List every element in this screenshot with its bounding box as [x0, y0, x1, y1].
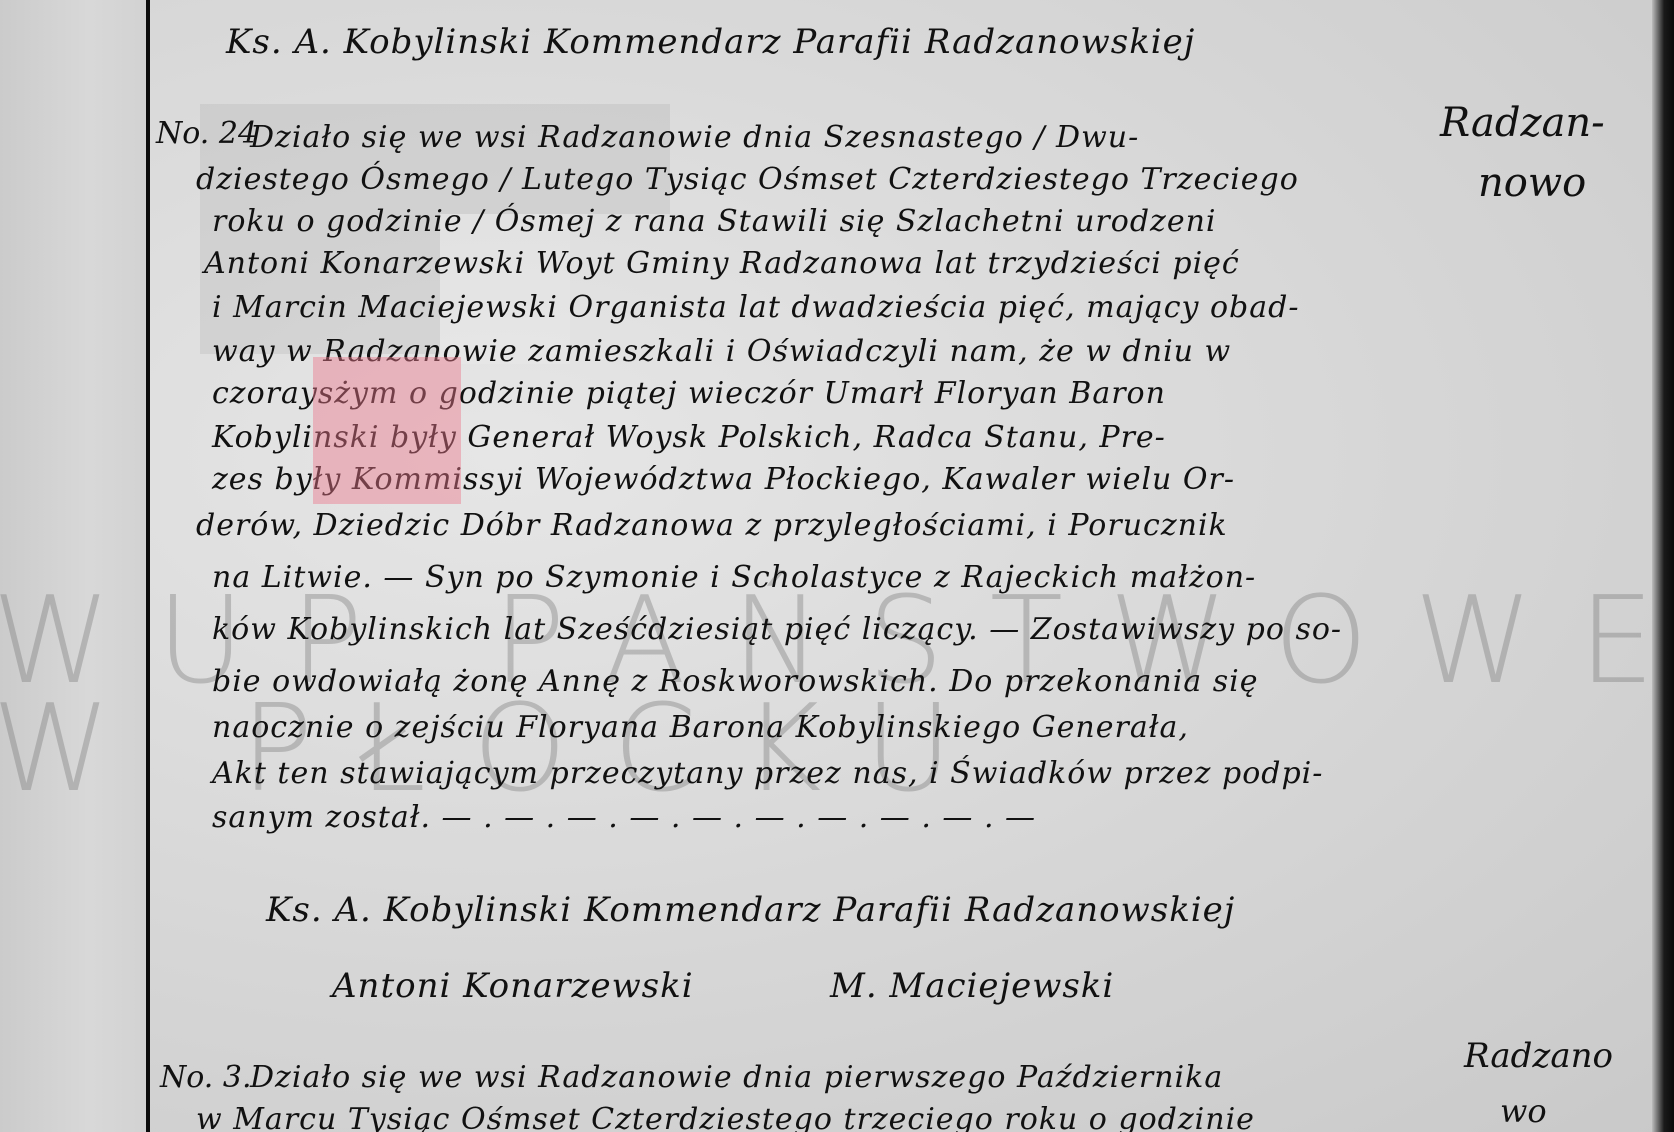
document-scan: WUP PAŃSTWOWE W PŁOCKU Ks. A. Kobylinski…	[0, 0, 1674, 1132]
record-line: dziestego Ósmego / Lutego Tysiąc Ośmset …	[196, 162, 1299, 197]
entry-number: No. 24	[156, 116, 257, 151]
highlight-box	[313, 357, 461, 504]
record-line: sanym został. — . — . — . — . — . — . — …	[212, 800, 1036, 835]
record-line: ków Kobylinskich lat Sześćdziesiąt pięć …	[212, 612, 1342, 647]
record-line: w Marcu Tysiąc Ośmset Czterdziestego trz…	[196, 1102, 1255, 1132]
record-line: naocznie o zejściu Floryana Barona Kobyl…	[212, 710, 1189, 745]
record-line: derów, Dziedzic Dóbr Radzanowa z przyleg…	[196, 508, 1228, 543]
margin-rule-line	[146, 0, 150, 1132]
page-edge-shadow	[1652, 0, 1674, 1132]
record-line: i Marcin Maciejewski Organista lat dwadz…	[212, 290, 1299, 325]
margin-place-name: Radzan-	[1440, 100, 1605, 146]
record-line: Akt ten stawiającym przeczytany przez na…	[212, 756, 1323, 791]
margin-place-name: Radzano	[1464, 1036, 1613, 1076]
signature-witness-2: M. Maciejewski	[830, 966, 1114, 1006]
top-signature: Ks. A. Kobylinski Kommendarz Parafii Rad…	[226, 22, 1195, 62]
record-line: na Litwie. — Syn po Szymonie i Scholasty…	[212, 560, 1256, 595]
entry-number: No. 3.	[160, 1060, 251, 1095]
record-line: bie owdowiałą żonę Annę z Roskworowskich…	[212, 664, 1259, 699]
signature-witness-1: Antoni Konarzewski	[332, 966, 694, 1006]
signature-priest: Ks. A. Kobylinski Kommendarz Parafii Rad…	[266, 890, 1235, 930]
record-line: Antoni Konarzewski Woyt Gminy Radzanowa …	[204, 246, 1240, 281]
archive-watermark-line2: W PŁOCKU	[0, 690, 998, 810]
record-line: roku o godzinie / Ósmej z rana Stawili s…	[212, 204, 1217, 239]
left-page-margin	[0, 0, 148, 1132]
record-line: Działo się we wsi Radzanowie dnia Szesna…	[250, 120, 1139, 155]
margin-place-name-cont: wo	[1500, 1092, 1547, 1130]
record-line: Działo się we wsi Radzanowie dnia pierws…	[250, 1060, 1223, 1095]
margin-place-name-cont: nowo	[1478, 160, 1586, 206]
